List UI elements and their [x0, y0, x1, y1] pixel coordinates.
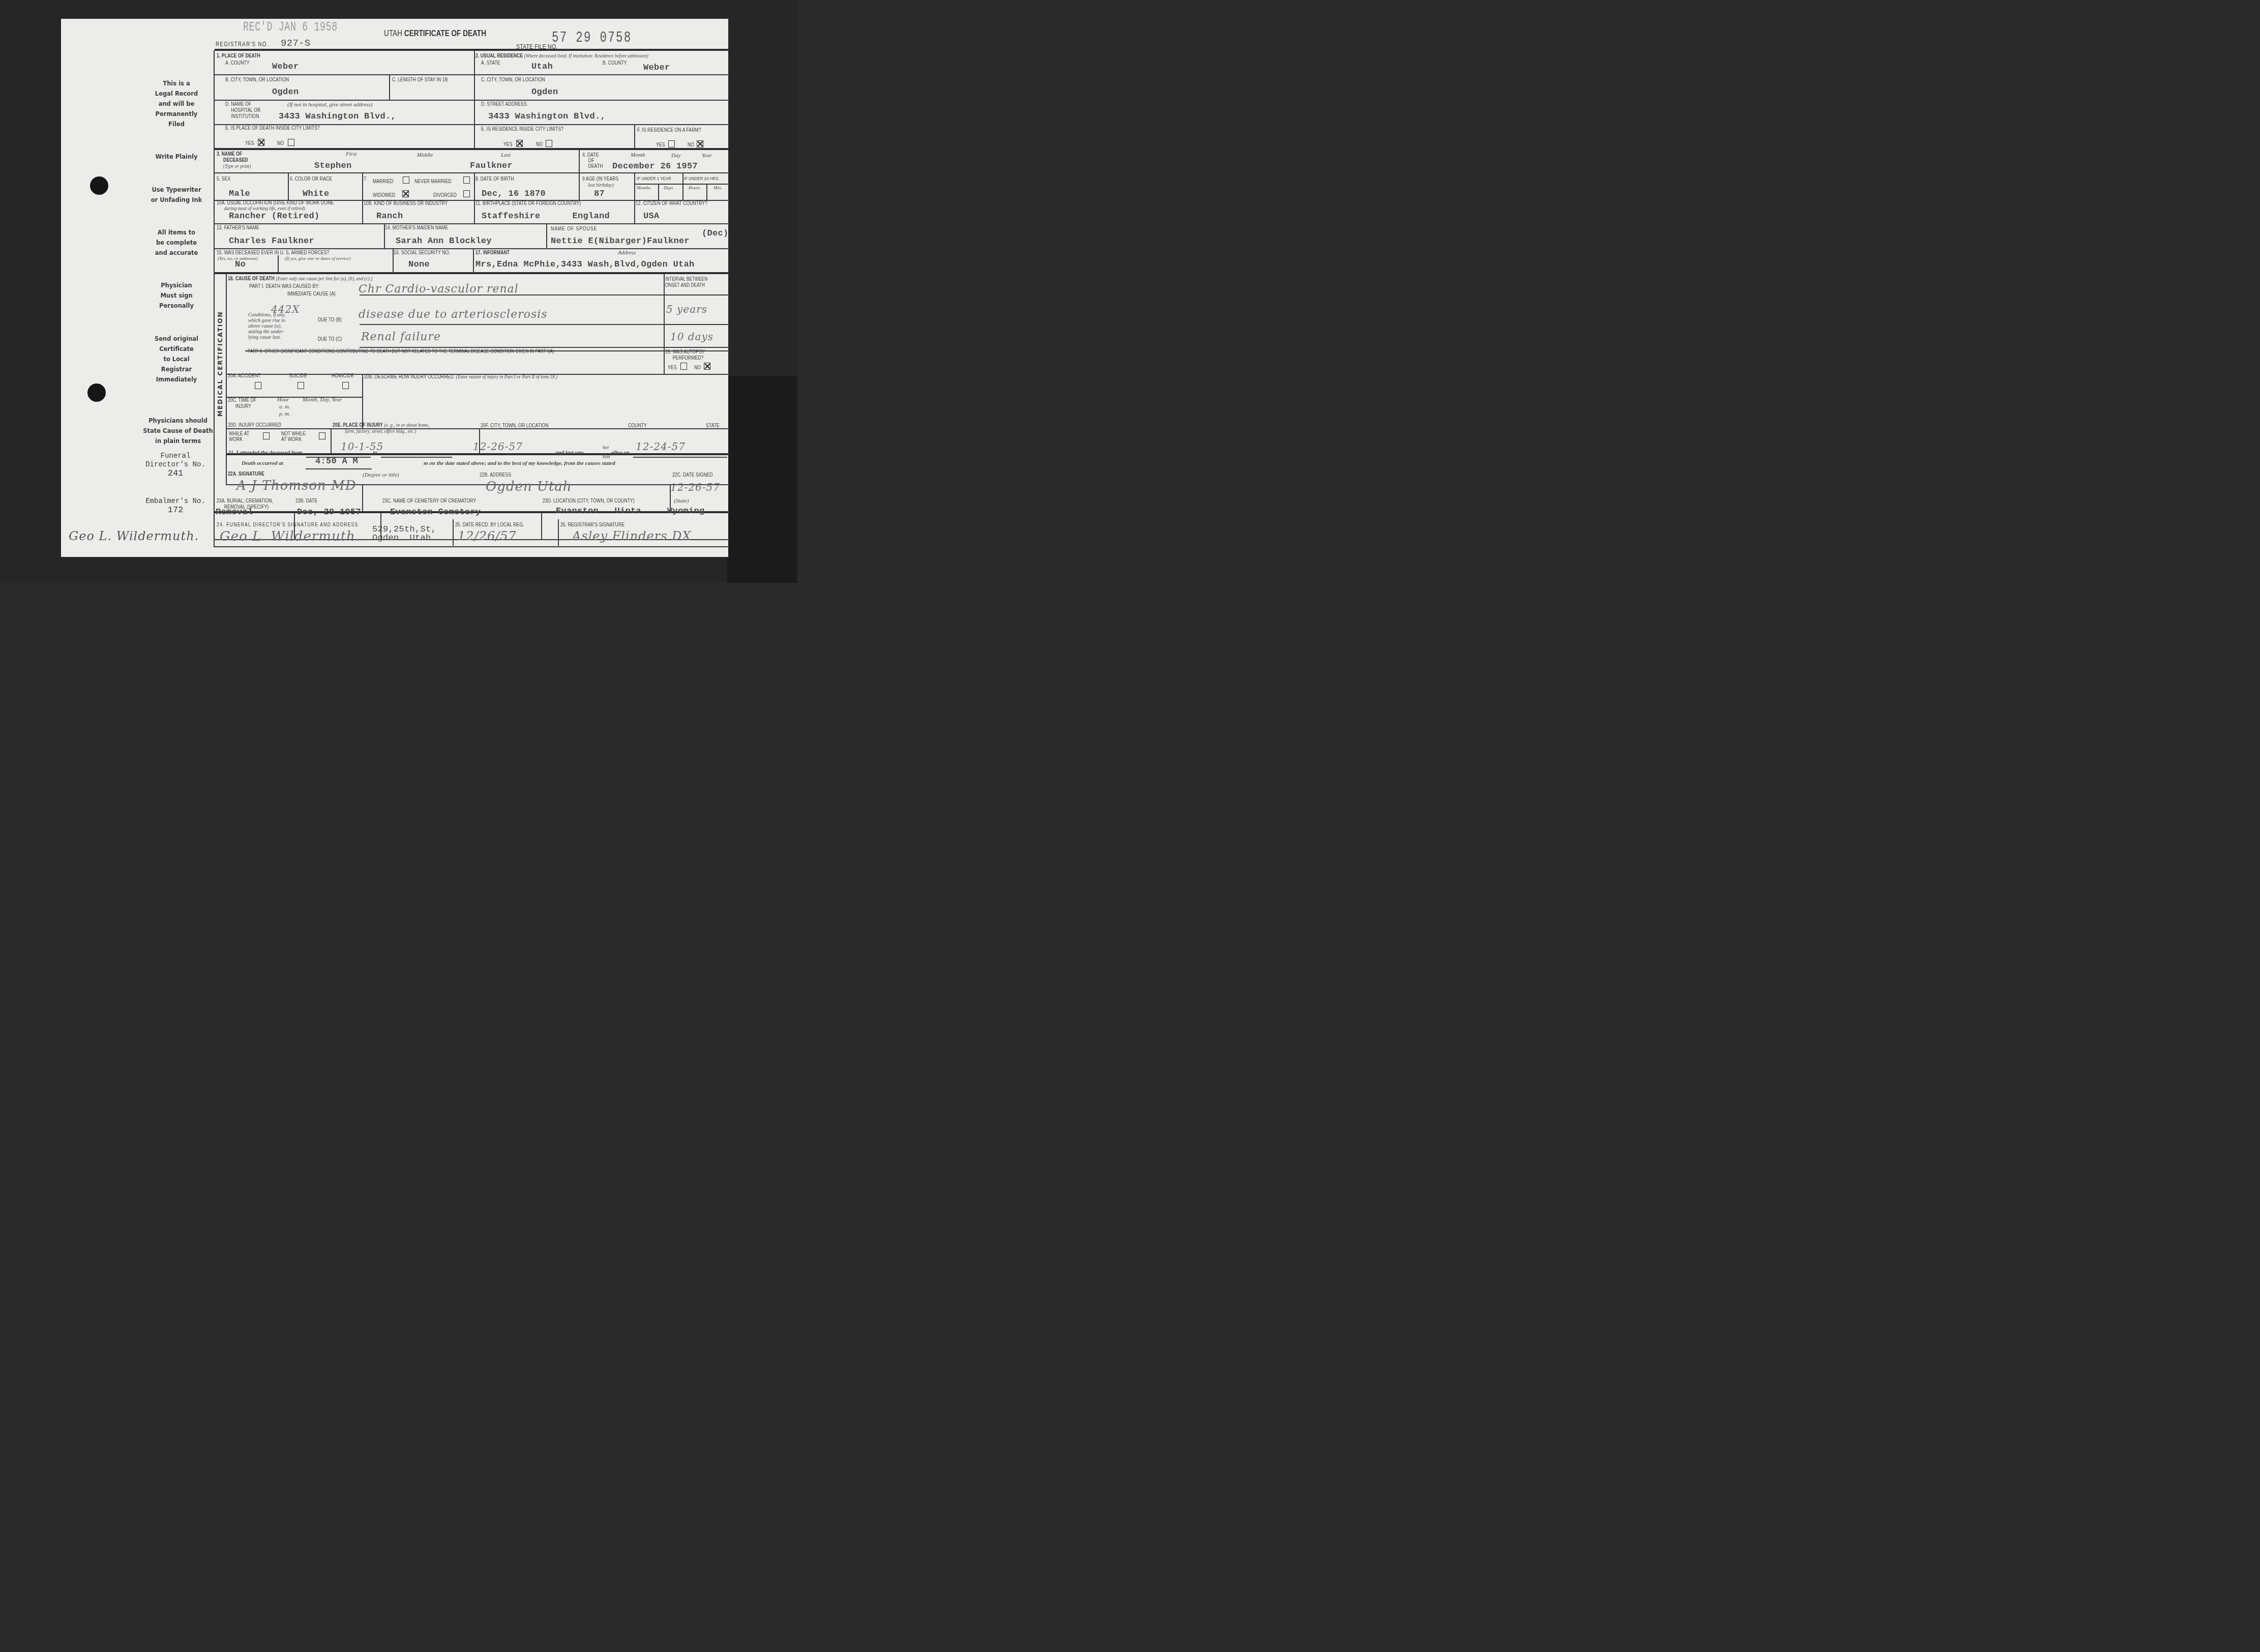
- funeral-director-label: 24. FUNERAL DIRECTOR'S SIGNATURE AND ADD…: [217, 522, 359, 528]
- death-city-label: b. CITY, TOWN, OR LOCATION: [225, 77, 289, 83]
- while-at-work-label: WHILE AT WORK: [229, 431, 249, 442]
- burial-date-label: 23b. DATE: [295, 498, 317, 504]
- divider: [558, 519, 559, 546]
- not-while-at-work-label: NOT WHILE AT WORK: [281, 431, 306, 442]
- place-of-death-label: 1. PLACE OF DEATH: [217, 53, 260, 59]
- suicide-checkbox[interactable]: [298, 382, 304, 389]
- divider: [226, 428, 729, 429]
- middle-name-label: Middle: [417, 152, 433, 158]
- birthplace-label: 11. BIRTHPLACE (State or foreign country…: [475, 200, 581, 206]
- her-label: her: [603, 446, 609, 451]
- autopsy-yes-label: YES: [668, 365, 676, 371]
- due-to-b-label: DUE TO (b): [318, 317, 342, 323]
- length-of-stay-label: c. LENGTH OF STAY IN 1b: [392, 77, 448, 83]
- residence-on-farm-yes-checkbox[interactable]: [668, 140, 675, 147]
- residence-city-label: c. CITY, TOWN, OR LOCATION: [481, 77, 545, 83]
- burial-location[interactable]: Evanston Uinta: [556, 507, 641, 516]
- registrars-no: 927-S: [281, 38, 311, 49]
- time-of-injury-label: 20c. TIME OF INJURY: [228, 397, 256, 409]
- hospital-label: d. NAME OF HOSPITAL OR INSTITUTION: [225, 101, 260, 120]
- autopsy-no-checkbox[interactable]: [704, 363, 710, 370]
- divider: [362, 172, 363, 223]
- armed-forces-service-hint: (If yes, give war or dates of service): [285, 256, 350, 261]
- months-label: Months: [637, 185, 650, 190]
- death-occurred-suffix: m on the date stated above; and to the b…: [424, 460, 615, 466]
- am-label: a. m.: [279, 404, 290, 410]
- alive-on-label: alive on: [611, 450, 630, 456]
- interval-c[interactable]: 10 days: [670, 331, 713, 343]
- armed-forces-label: 15. WAS DECEASED EVER IN U. S. ARMED FOR…: [217, 250, 329, 256]
- received-stamp: REC'D JAN 6 1958: [243, 19, 338, 35]
- father-name-label: 13. FATHER'S NAME: [217, 225, 259, 231]
- marital-divorced-checkbox[interactable]: [463, 190, 470, 197]
- first-name-label: First: [346, 151, 356, 157]
- divider: [215, 148, 729, 150]
- cemetery-label: 23c. NAME OF CEMETERY OR CREMATORY: [382, 498, 476, 504]
- residence-inside-city-no-checkbox[interactable]: [546, 140, 552, 147]
- divider: [664, 294, 729, 296]
- deceased-last-name[interactable]: Faulkner: [470, 161, 513, 171]
- physician-signature[interactable]: A J Thomson MD: [236, 478, 356, 493]
- date-recd-label: 25. DATE RECD. BY LOCAL REG.: [455, 522, 524, 528]
- divider: [658, 184, 659, 200]
- divider: [634, 172, 635, 223]
- marital-label: 7.: [364, 176, 367, 182]
- residence-on-farm-no-checkbox[interactable]: [697, 140, 703, 147]
- hospital-address[interactable]: 3433 Washington Blvd.,: [279, 112, 396, 122]
- registrar-signature-label: 26. REGISTRAR'S SIGNATURE: [560, 522, 625, 528]
- industry[interactable]: Ranch: [376, 212, 403, 221]
- pm-label: p. m.: [279, 411, 290, 417]
- residence-inside-city-label: e. IS RESIDENCE INSIDE CITY LIMITS?: [481, 126, 563, 132]
- marital-never-married-label: NEVER MARRIED: [414, 179, 452, 185]
- date-signed[interactable]: 12-26-57: [670, 481, 720, 493]
- deceased-first-name[interactable]: Stephen: [314, 161, 352, 171]
- divider: [664, 324, 729, 325]
- cemetery[interactable]: Evanston Cemetery: [390, 508, 481, 517]
- accident-label: 20a. ACCIDENT: [228, 373, 261, 379]
- divider: [546, 223, 547, 249]
- industry-label: 10b. KIND OF BUSINESS OR INDUSTRY: [364, 200, 448, 206]
- medical-certification-label: MEDICAL CERTIFICATION: [217, 311, 224, 417]
- divider: [215, 223, 729, 224]
- part2-label: PART II. OTHER SIGNIFICANT CONDITIONS CO…: [248, 349, 554, 355]
- autopsy-no-label: NO: [694, 365, 701, 371]
- divider: [288, 172, 289, 200]
- residence-state[interactable]: Utah: [531, 62, 553, 72]
- funeral-director-no: 241: [127, 469, 224, 478]
- citizen-label: 12. CITIZEN OF WHAT COUNTRY?: [636, 200, 707, 206]
- margin-note-complete: All items to be complete and accurate: [133, 227, 220, 258]
- divider: [682, 172, 683, 200]
- age[interactable]: 87: [594, 189, 605, 199]
- injury-county-label: COUNTY: [628, 423, 647, 429]
- margin-note-write-plainly: Write Plainly: [133, 152, 220, 162]
- usual-residence-label: 2. USUAL RESIDENCE (Where deceased lived…: [475, 53, 648, 59]
- margin-note-send-original: Send original Certificate to Local Regis…: [133, 334, 220, 385]
- divider: [453, 519, 454, 546]
- residence-state-label: a. STATE: [481, 60, 500, 66]
- ssn-label: 16. SOCIAL SECURITY NO.: [394, 250, 450, 256]
- divider: [362, 484, 363, 512]
- marital-married-label: MARRIED: [373, 179, 393, 185]
- attended-label: 21. I attended the deceased from: [228, 450, 303, 456]
- divider: [215, 272, 729, 274]
- day-label: Day: [671, 153, 680, 159]
- punch-hole-bottom: [87, 383, 106, 402]
- last-saw-line: [633, 457, 727, 458]
- residence-inside-city-yes-label: YES: [503, 141, 512, 147]
- month-label: Month: [631, 152, 645, 158]
- burial-state-label: (State): [674, 498, 689, 504]
- under-1-year-label: IF UNDER 1 YEAR: [637, 176, 671, 182]
- place-of-injury-label: 20e. PLACE OF INJURY (e. g., in or about…: [333, 422, 429, 434]
- him-label: him: [603, 455, 610, 460]
- injury-city-label: 20f. CITY, TOWN, OR LOCATION: [481, 423, 549, 429]
- divider: [706, 184, 707, 200]
- margin-note-legal: This is a Legal Record and will be Perma…: [133, 78, 220, 129]
- days-label: Days: [664, 185, 673, 190]
- year-label: Year: [702, 153, 712, 159]
- immediate-cause-label: IMMEDIATE CAUSE (a): [287, 291, 336, 297]
- death-inside-city-no-label: NO: [277, 140, 284, 146]
- divider: [474, 172, 475, 223]
- sex[interactable]: Male: [229, 189, 250, 199]
- registrar-signature[interactable]: Asley Flinders DX: [572, 529, 692, 543]
- marital-widowed-checkbox[interactable]: [402, 190, 409, 197]
- hour-label: Hour: [277, 397, 289, 403]
- burial-location-label: 23d. LOCATION (City, town, or county): [543, 498, 635, 504]
- divider: [579, 150, 580, 200]
- divider: [362, 374, 363, 428]
- registrars-no-label: REGISTRAR'S NO.: [216, 41, 269, 48]
- homicide-checkbox[interactable]: [342, 382, 349, 389]
- address-label: 22b. ADDRESS: [480, 472, 511, 478]
- title-main: CERTIFICATE OF DEATH: [404, 29, 486, 38]
- occupation[interactable]: Rancher (Retired): [229, 212, 320, 221]
- cause-c-line: [360, 347, 664, 348]
- divider: [331, 428, 332, 454]
- residence-city[interactable]: Ogden: [531, 87, 558, 97]
- death-inside-city-no-checkbox[interactable]: [288, 139, 294, 146]
- divider: [541, 513, 542, 540]
- divider: [278, 255, 279, 273]
- interval-label: INTERVAL BETWEEN ONSET AND DEATH: [665, 277, 707, 289]
- cause-c[interactable]: Renal failure: [361, 331, 441, 343]
- under-24-hrs-label: IF UNDER 24 HRS.: [684, 176, 720, 182]
- date-recd[interactable]: 12/26/57: [458, 529, 517, 543]
- funeral-director-no-block: Funeral Director's No. 241: [127, 452, 224, 478]
- date-of-death-label: 4. DATE OF DEATH: [582, 153, 603, 169]
- residence-county-label: b. COUNTY: [603, 60, 627, 66]
- spouse-label: NAME OF SPOUSE: [551, 226, 597, 232]
- race[interactable]: White: [303, 189, 330, 199]
- not-while-at-work-checkbox[interactable]: [319, 432, 325, 439]
- death-time[interactable]: 4:50 A M: [315, 457, 358, 466]
- residence-street-label: d. STREET ADDRESS: [481, 101, 527, 107]
- part1-label: PART I. DEATH WAS CAUSED BY:: [249, 283, 319, 289]
- margin-note-plain-terms: Physicians should State Cause of Death i…: [130, 416, 226, 446]
- cause-a[interactable]: Chr Cardio-vasculor renal: [359, 283, 519, 296]
- informant[interactable]: Mrs,Edna McPhie,3433 Wash,Blvd,Ogden Uta…: [475, 260, 695, 270]
- divider: [215, 172, 729, 173]
- divider: [389, 74, 390, 100]
- residence-county[interactable]: Weber: [643, 63, 670, 73]
- margin-signature: Geo L. Wildermuth.: [69, 529, 199, 543]
- divider: [634, 184, 729, 185]
- divider: [634, 124, 635, 149]
- embalmer-no: 172: [127, 506, 224, 515]
- divider: [664, 347, 729, 348]
- signature-label: 22a. SIGNATURE: [228, 471, 264, 477]
- divider: [215, 100, 729, 101]
- embalmer-no-block: Embalmer's No. 172: [127, 497, 224, 515]
- spouse-deceased-note: (Dec): [702, 229, 729, 239]
- disposition[interactable]: Removal: [216, 508, 253, 517]
- marital-married-checkbox[interactable]: [403, 176, 409, 184]
- spouse-name[interactable]: Nettie E(Nibarger)Faulkner: [551, 237, 690, 246]
- death-inside-city-yes-checkbox[interactable]: [258, 139, 264, 146]
- residence-street[interactable]: 3433 Washington Blvd.,: [488, 112, 606, 122]
- informant-label: 17. INFORMANT: [475, 250, 510, 256]
- death-city[interactable]: Ogden: [272, 87, 299, 97]
- divider: [473, 248, 474, 273]
- funeral-director-address: 529,25th,St, Ogden Utah.: [372, 525, 436, 543]
- cause-b-line: [360, 324, 664, 325]
- month-day-year-label: Month, Day, Year: [303, 397, 342, 403]
- degree-label: (Degree or title): [363, 472, 399, 478]
- divider: [215, 49, 729, 51]
- cause-of-death-label: 18. CAUSE OF DEATH [Enter only one cause…: [228, 276, 373, 282]
- divider: [215, 74, 729, 75]
- hours-label: Hours: [689, 185, 700, 190]
- death-occurred-label: Death occurred at: [242, 460, 283, 466]
- social-security-no[interactable]: None: [408, 260, 430, 270]
- burial-date[interactable]: Dec, 29 1957: [297, 508, 361, 517]
- due-to-c-label: DUE TO (c): [318, 336, 342, 342]
- date-of-birth[interactable]: Dec, 16 1870: [482, 189, 546, 199]
- citizenship[interactable]: USA: [643, 212, 660, 221]
- to-label: , to: [370, 450, 377, 456]
- margin-note-typewriter: Use Typewriter or Unfading Ink: [133, 185, 220, 205]
- conditions-hint: Conditions, if any, which gave rise to a…: [248, 312, 285, 340]
- title-state: UTAH: [384, 29, 402, 38]
- state-file-no: 57 29 0758: [552, 29, 632, 47]
- marital-never-married-checkbox[interactable]: [463, 176, 470, 184]
- autopsy-label: 19. WAS AUTOPSY PERFORMED?: [665, 349, 705, 361]
- residence-inside-city-yes-checkbox[interactable]: [516, 140, 523, 147]
- death-inside-city-label: e. IS PLACE OF DEATH INSIDE CITY LIMITS?: [225, 125, 320, 131]
- physician-address[interactable]: Ogden Utah: [486, 479, 572, 494]
- date-signed-label: 22c. DATE SIGNED: [672, 472, 713, 478]
- scanner-background-band: [727, 376, 797, 583]
- birthplace[interactable]: Staffeshire England: [482, 212, 610, 221]
- burial-state[interactable]: Wyoming: [667, 507, 705, 516]
- mother-maiden-name[interactable]: Sarah Ann Blockley: [396, 237, 492, 246]
- divider: [215, 248, 729, 249]
- attended-to-line: [381, 457, 452, 458]
- punch-hole-top: [90, 176, 108, 195]
- residence-on-farm-label: f. IS RESIDENCE ON A FARM?: [637, 127, 701, 133]
- injury-state-label: STATE: [706, 423, 720, 429]
- while-at-work-checkbox[interactable]: [263, 432, 270, 439]
- sex-label: 5. SEX: [217, 176, 230, 182]
- marital-divorced-label: DIVORCED: [433, 192, 457, 198]
- describe-injury-label: 20b. DESCRIBE HOW INJURY OCCURRED. (Ente…: [364, 374, 557, 380]
- father-name[interactable]: Charles Faulkner: [229, 237, 314, 246]
- interval-b[interactable]: 5 years: [666, 303, 707, 315]
- last-name-label: Last: [501, 152, 511, 158]
- dob-label: 8. DATE OF BIRTH: [475, 176, 514, 182]
- certificate-title: UTAH CERTIFICATE OF DEATH: [384, 29, 486, 39]
- occupation-label: 10a. USUAL OCCUPATION (Give kind of work…: [217, 200, 334, 212]
- residence-inside-city-no-label: NO: [536, 141, 543, 147]
- residence-on-farm-yes-label: YES: [656, 142, 665, 148]
- armed-forces[interactable]: No: [235, 260, 246, 270]
- last-saw-date[interactable]: 12-24-57: [636, 440, 686, 453]
- accident-checkbox[interactable]: [255, 382, 261, 389]
- informant-address-label: Address: [618, 250, 636, 256]
- hospital-hint: (If not in hospital, give street address…: [287, 102, 373, 108]
- min-label: Min.: [713, 185, 722, 190]
- residence-on-farm-no-label: NO: [688, 142, 694, 148]
- attended-to[interactable]: 12-26-57: [473, 440, 523, 453]
- injury-occurred-label: 20d. INJURY OCCURRED: [228, 422, 281, 428]
- last-saw-label: and last saw: [555, 450, 584, 456]
- death-county-label: a. COUNTY: [225, 60, 250, 66]
- marital-widowed-label: WIDOWED: [373, 192, 395, 198]
- death-inside-city-yes-label: YES: [245, 140, 254, 146]
- race-label: 6. COLOR OR RACE: [290, 176, 332, 182]
- homicide-label: HOMICIDE: [332, 373, 354, 379]
- death-time-line: [306, 468, 372, 469]
- mother-name-label: 14. MOTHER'S MAIDEN NAME: [385, 225, 448, 231]
- margin-note-physician-sign: Physician Must sign Personally: [133, 280, 220, 311]
- deceased-name-label: 3. NAME OF DECEASED (Type or print): [217, 151, 251, 169]
- cause-b[interactable]: disease due to arteriosclerosis: [359, 308, 548, 321]
- autopsy-yes-checkbox[interactable]: [680, 363, 687, 370]
- funeral-director-signature[interactable]: Geo L. Wildermuth.: [220, 529, 360, 544]
- age-label: 9 AGE (In years last birthday): [582, 176, 618, 188]
- suicide-label: SUICIDE: [289, 373, 307, 379]
- death-county[interactable]: Weber: [272, 62, 299, 72]
- date-of-death[interactable]: December 26 1957: [612, 162, 698, 171]
